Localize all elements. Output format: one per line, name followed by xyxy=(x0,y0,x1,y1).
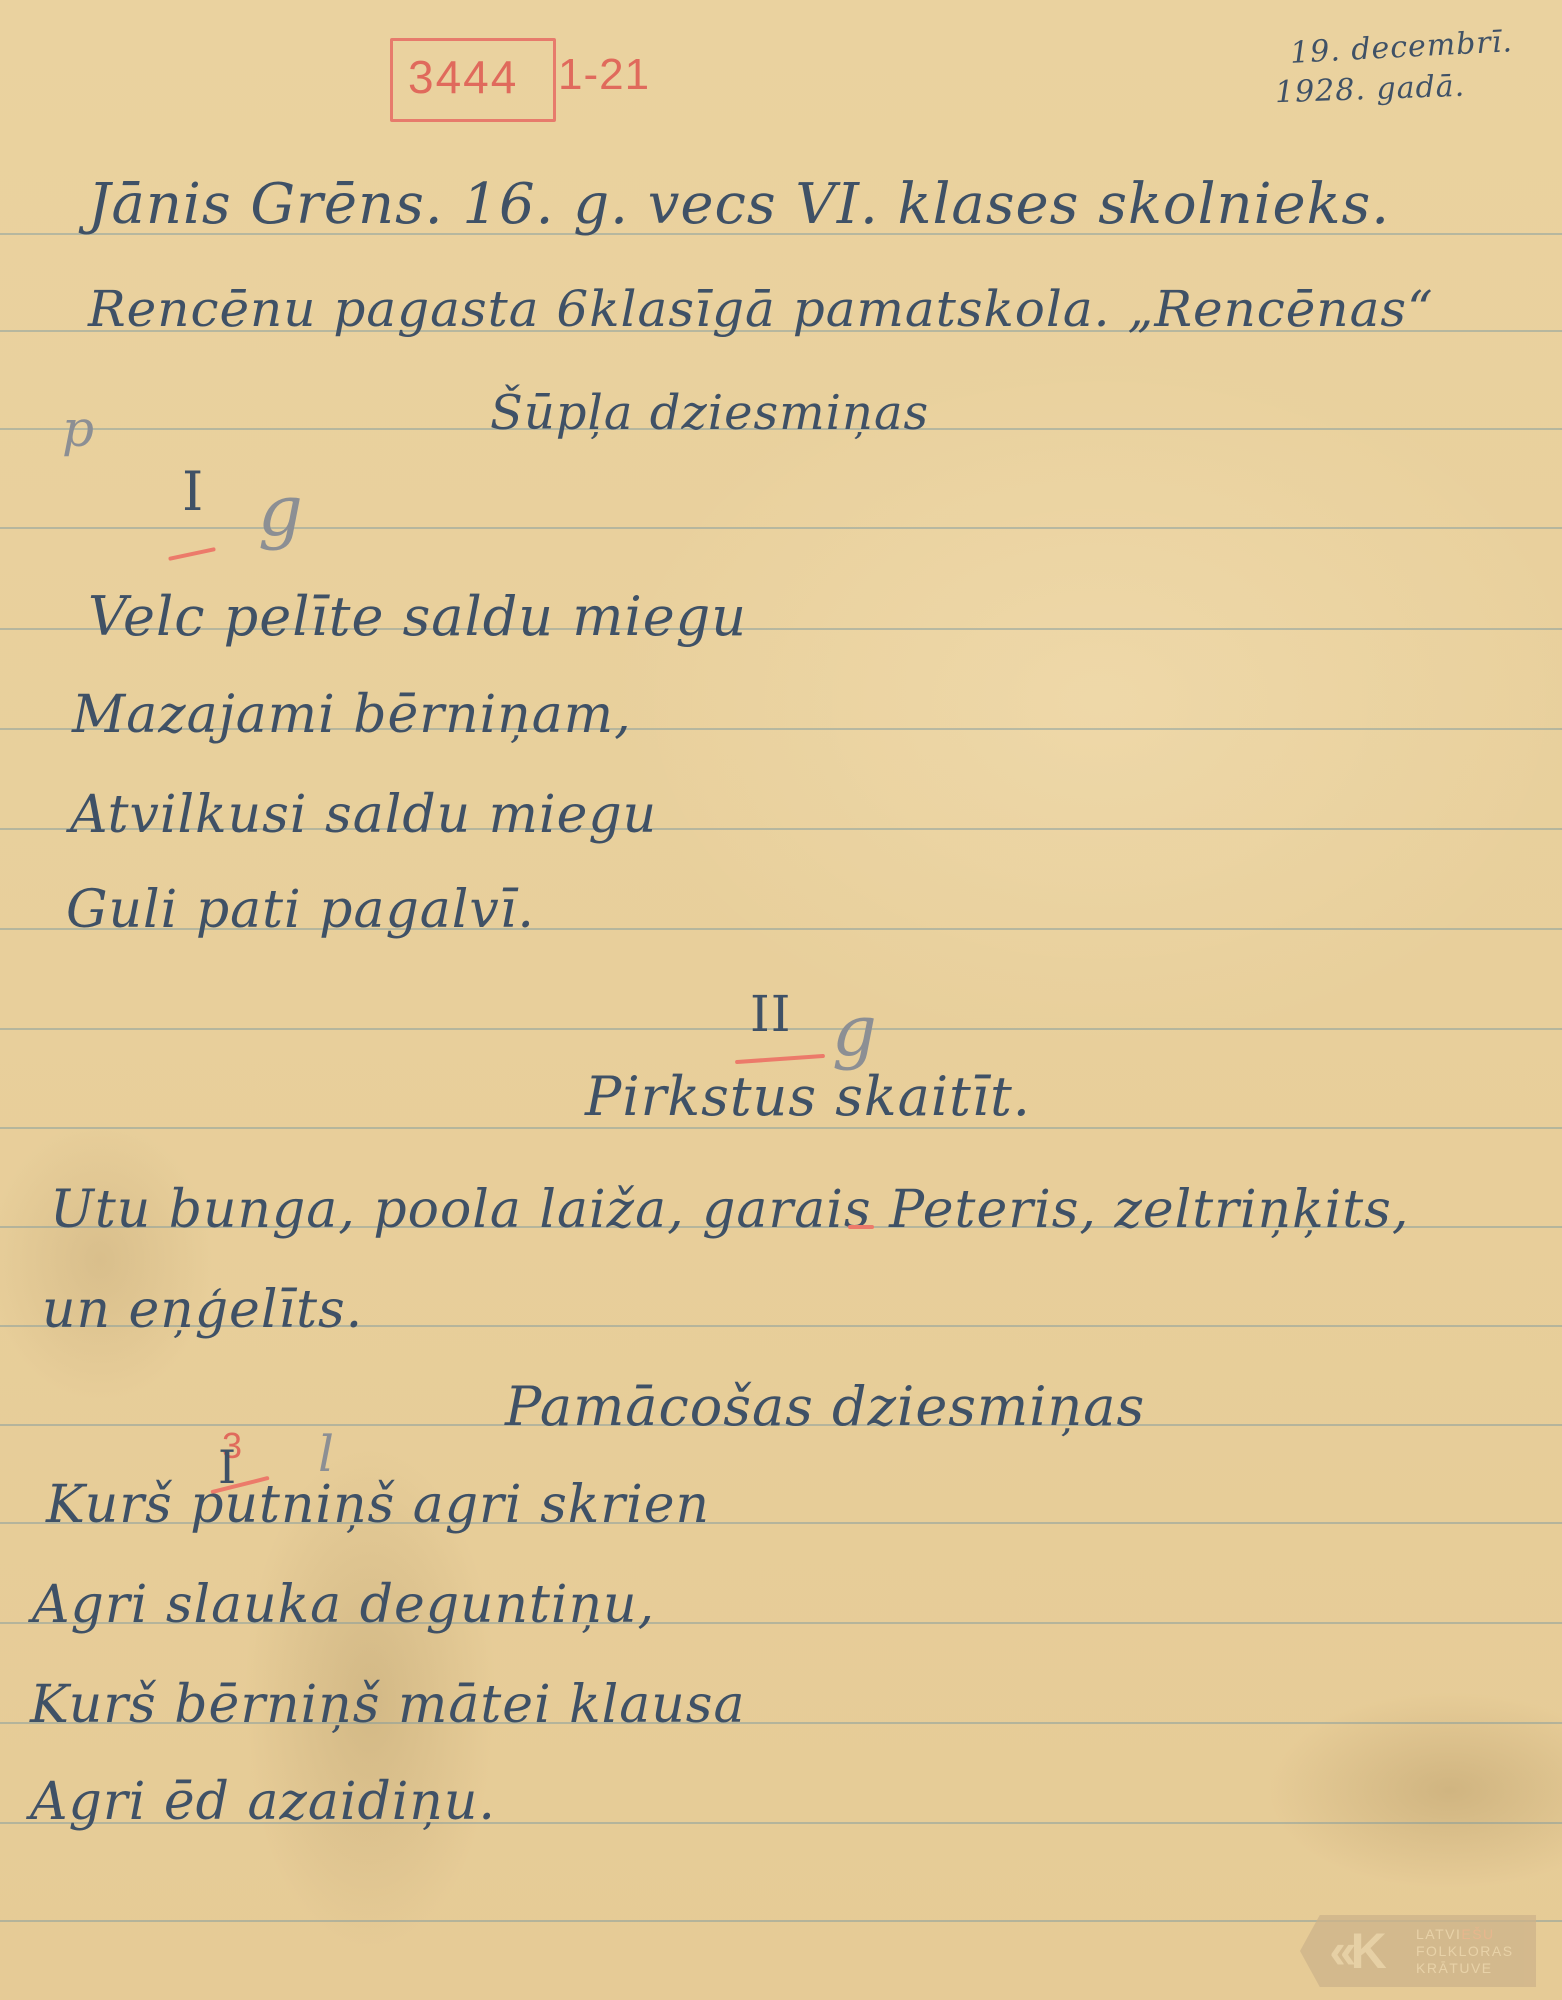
verse-line: Utu bunga, poola laiža, garais Peteris, … xyxy=(50,1180,1409,1240)
logo-line-3: KRĀTUVE xyxy=(1416,1960,1536,1977)
section-title-didactic-songs: Pamācošas dziesmiņas xyxy=(505,1375,1145,1438)
verse-line: Atvilkusi saldu miegu xyxy=(70,785,657,845)
margin-note: p xyxy=(62,400,94,458)
verse-line: Guli pati pagalvī. xyxy=(66,880,535,940)
lfk-logo-icon: ‹‹K xyxy=(1300,1915,1410,1987)
ruled-line xyxy=(0,527,1562,529)
section-number: I xyxy=(182,460,204,523)
author-line: Jānis Grēns. 16. g. vecs VI. klases skol… xyxy=(88,172,1390,237)
verse-line: Kurš bērniņš mātei klausa xyxy=(30,1675,745,1735)
red-underline xyxy=(848,1225,874,1229)
logo-text: LATVIEŠU FOLKLORAS KRĀTUVE xyxy=(1410,1915,1536,1987)
folklore-archive-logo: ‹‹K LATVIEŠU FOLKLORAS KRĀTUVE xyxy=(1300,1915,1548,1987)
pencil-mark: g xyxy=(258,470,303,552)
logo-line-1: LATVIEŠU xyxy=(1416,1926,1536,1943)
verse-line: Kurš putniņš agri skrien xyxy=(46,1475,710,1535)
date-line-2: 1928. gadā. xyxy=(1274,69,1465,111)
verse-line: Mazajami bērniņam, xyxy=(72,685,632,745)
section-number: II xyxy=(750,985,792,1043)
pencil-mark: g xyxy=(832,990,877,1072)
section-title-lullabies: Šūpļa dziesmiņas xyxy=(490,385,929,441)
archive-range: 1-21 xyxy=(558,50,650,100)
school-line: Rencēnu pagasta 6klasīgā pamatskola. „Re… xyxy=(88,280,1434,338)
section-title-counting-fingers: Pirkstus skaitīt. xyxy=(585,1065,1031,1128)
logo-line-2: FOLKLORAS xyxy=(1416,1943,1536,1960)
archive-number: 3444 xyxy=(408,50,518,104)
verse-line: un eņģelīts. xyxy=(42,1280,363,1340)
verse-line: Agri slauka deguntiņu, xyxy=(32,1575,655,1635)
verse-line: Agri ēd azaidiņu. xyxy=(30,1772,496,1832)
verse-line: Velc pelīte saldu miegu xyxy=(88,585,747,648)
